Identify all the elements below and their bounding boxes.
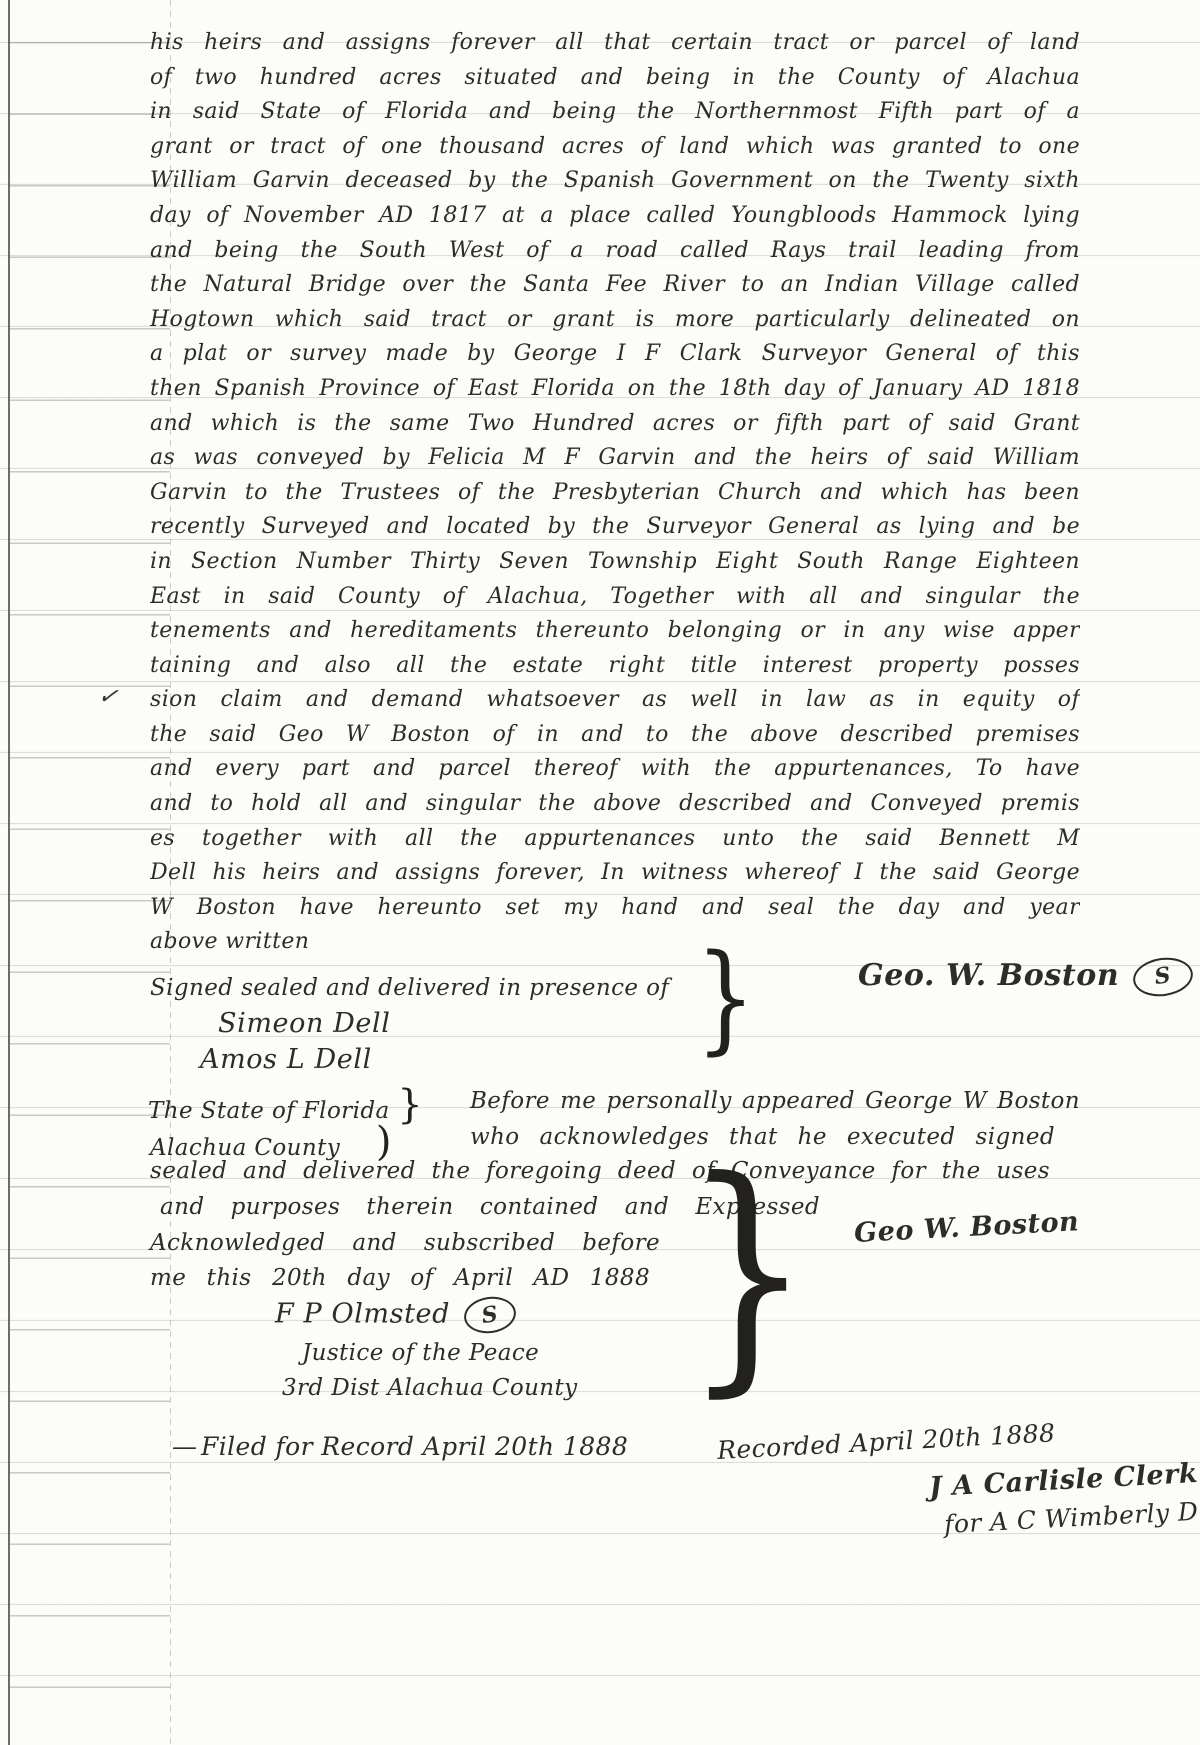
deed-line: and being the South West of a road calle… — [150, 234, 1080, 269]
clerk-signature: J A Carlisle Clerk — [928, 1458, 1198, 1503]
deed-line: then Spanish Province of East Florida on… — [150, 372, 1080, 407]
officer-signature: F P OlmstedS — [275, 1297, 516, 1333]
witness-signature-1: Simeon Dell — [218, 1008, 390, 1039]
subscribed-line-2: me this 20th day of April AD 1888 — [150, 1265, 650, 1291]
deed-line: taining and also all the estate right ti… — [150, 649, 1080, 684]
deed-line: Hogtown which said tract or grant is mor… — [150, 303, 1080, 338]
deed-line: es together with all the appurtenances u… — [150, 822, 1080, 857]
deed-line: grant or tract of one thousand acres of … — [150, 130, 1080, 165]
deed-line: W Boston have hereunto set my hand and s… — [150, 891, 1080, 926]
deed-line: Dell his heirs and assigns forever, In w… — [150, 856, 1080, 891]
acknowledgment-brace: } — [684, 1148, 811, 1398]
deed-line: and which is the same Two Hundred acres … — [150, 407, 1080, 442]
filed-entry: —Filed for Record April 20th 1888 — [172, 1432, 628, 1461]
deed-line: and every part and parcel thereof with t… — [150, 752, 1080, 787]
officer-title: Justice of the Peace — [302, 1340, 539, 1366]
deed-line: tenements and hereditaments thereunto be… — [150, 614, 1080, 649]
recorded-entry: Recorded April 20th 1888 — [716, 1418, 1056, 1465]
deputy-clerk-signature: for A C Wimberly D C — [943, 1495, 1200, 1539]
venue-brace: } — [397, 1085, 423, 1125]
deed-line: William Garvin deceased by the Spanish G… — [150, 164, 1080, 199]
deed-line: the said Geo W Boston of in and to the a… — [150, 718, 1080, 753]
deed-line: sion claim and demand whatsoever as well… — [150, 683, 1080, 718]
witness-signature-2: Amos L Dell — [200, 1044, 372, 1075]
acknowledgment-signature: Geo W. Boston — [853, 1206, 1080, 1249]
deed-line: and to hold all and singular the above d… — [150, 787, 1080, 822]
venue-county-line: Alachua County ) — [150, 1122, 392, 1162]
grantor-seal-mark: S — [1131, 954, 1196, 1000]
officer-district: 3rd Dist Alachua County — [282, 1375, 578, 1401]
filed-dash-flourish: — — [172, 1432, 197, 1461]
officer-signature-text: F P Olmsted — [275, 1299, 450, 1330]
deed-line: in Section Number Thirty Seven Township … — [150, 545, 1080, 580]
deed-line: above written — [150, 925, 1080, 960]
deed-line: in said State of Florida and being the N… — [150, 95, 1080, 130]
venue-paren: ) — [376, 1122, 392, 1162]
margin-ruled-strip — [10, 0, 170, 1745]
acknowledgment-line-3: sealed and delivered the foregoing deed … — [150, 1158, 1050, 1184]
deed-line: as was conveyed by Felicia M F Garvin an… — [150, 441, 1080, 476]
deed-line: of two hundred acres situated and being … — [150, 61, 1080, 96]
officer-seal-mark: S — [462, 1294, 519, 1337]
deed-line: Garvin to the Trustees of the Presbyteri… — [150, 476, 1080, 511]
filed-text: Filed for Record April 20th 1888 — [201, 1432, 628, 1461]
attestation-brace: } — [696, 938, 756, 1056]
attestation-presence-line: Signed sealed and delivered in presence … — [150, 975, 670, 1001]
deed-line: East in said County of Alachua, Together… — [150, 580, 1080, 615]
deed-line: the Natural Bridge over the Santa Fee Ri… — [150, 268, 1080, 303]
deed-line: recently Surveyed and located by the Sur… — [150, 510, 1080, 545]
deed-body-text: his heirs and assigns forever all that c… — [150, 26, 1080, 960]
margin-check-mark: ✓ — [96, 681, 120, 712]
grantor-signature: Geo. W. BostonS — [858, 958, 1193, 996]
venue-state-text: The State of Florida — [148, 1098, 390, 1124]
grantor-signature-text: Geo. W. Boston — [858, 958, 1119, 993]
deed-line: a plat or survey made by George I F Clar… — [150, 337, 1080, 372]
acknowledgment-appeared-line: Before me personally appeared George W B… — [470, 1088, 1080, 1114]
deed-line: day of November AD 1817 at a place calle… — [150, 199, 1080, 234]
deed-line: his heirs and assigns forever all that c… — [150, 26, 1080, 61]
subscribed-line-1: Acknowledged and subscribed before — [150, 1230, 660, 1256]
deed-page: ✓ his heirs and assigns forever all that… — [0, 0, 1200, 1745]
